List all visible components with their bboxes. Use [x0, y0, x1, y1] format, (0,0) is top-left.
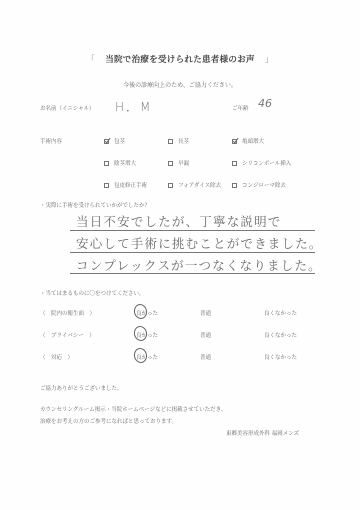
- option-label: コンジローマ除去: [242, 181, 286, 189]
- option-fordyce[interactable]: フォアダイス除去: [168, 181, 221, 189]
- page-title: 「当院で治療を受けられた患者様のお声」: [0, 53, 360, 65]
- option-label: フォアダイス除去: [178, 181, 221, 189]
- name-value: H．M: [115, 98, 152, 115]
- ruled-line: [70, 252, 315, 253]
- notice-line-2: 治療をお考えの方のご参考になればと思っております。: [40, 417, 177, 425]
- feedback-line-3: コンプレックスが一つなくなりました。: [76, 256, 322, 274]
- notice-line-1: カウンセリングルーム掲示・当院ホームページなどに掲載させていただき、: [40, 405, 226, 413]
- checkbox[interactable]: [232, 183, 237, 188]
- rating-good[interactable]: 良かった: [136, 331, 158, 339]
- option-label: 亀頭増大: [242, 137, 264, 145]
- option-houhi-shusei[interactable]: 包皮修正手術: [104, 181, 147, 189]
- rating-bad[interactable]: 良くなかった: [264, 309, 297, 317]
- option-condyloma[interactable]: コンジローマ除去: [232, 181, 286, 189]
- rating-category: （ プライバシー ）: [40, 331, 95, 339]
- title-open-bracket: 「: [86, 53, 95, 65]
- feedback-question: ・実際に手術を受けられていかがでしたか？: [40, 201, 150, 209]
- option-label: 包皮修正手術: [114, 181, 147, 189]
- option-label: 包茎: [114, 137, 125, 145]
- rating-good[interactable]: 良かった: [136, 353, 158, 361]
- rating-category: （ 院内の衛生面 ）: [40, 309, 95, 317]
- selected-circle: [133, 325, 149, 342]
- checkbox[interactable]: [168, 161, 173, 166]
- option-kitou-zoudai[interactable]: 亀頭増大: [232, 137, 264, 145]
- checkbox[interactable]: [232, 161, 237, 166]
- questionnaire-page: 「当院で治療を受けられた患者様のお声」 今後の診療向上のため、ご協力ください。 …: [0, 0, 360, 510]
- clinic-name: 東郷美容形成外科 福岡メンズ: [226, 429, 299, 437]
- rating-normal[interactable]: 普通: [200, 309, 211, 317]
- title-text: 当院で治療を受けられた患者様のお声: [105, 55, 255, 65]
- checkbox[interactable]: [168, 139, 173, 144]
- selected-circle: [133, 303, 149, 320]
- rating-bad[interactable]: 良くなかった: [264, 331, 297, 339]
- ruled-line: [70, 273, 315, 274]
- rating-category: （ 対応 ）: [40, 353, 73, 361]
- option-label: 長茎: [178, 137, 189, 145]
- option-label: 陰茎増大: [114, 159, 136, 167]
- procedure-label: 手術内容: [40, 137, 62, 145]
- checkbox-checked[interactable]: [104, 139, 109, 144]
- rating-normal[interactable]: 普通: [200, 331, 211, 339]
- option-houkei[interactable]: 包茎: [104, 137, 125, 145]
- rating-normal[interactable]: 普通: [200, 353, 211, 361]
- age-label: ご年齢: [232, 104, 249, 112]
- feedback-line-1: 当日不安でしたが、丁寧な説明で: [76, 212, 282, 230]
- checkbox[interactable]: [168, 183, 173, 188]
- page-subtitle: 今後の診療向上のため、ご協力ください。: [0, 80, 360, 89]
- thanks-text: ご協力ありがとうございました。: [40, 384, 123, 392]
- option-inkei-zoudai[interactable]: 陰茎増大: [104, 159, 136, 167]
- rating-good[interactable]: 良かった: [136, 309, 158, 317]
- rating-instruction: ・当てはまるものに〇をつけてください。: [40, 289, 145, 297]
- checkbox-checked[interactable]: [232, 139, 237, 144]
- option-label: シリコンボール挿入: [242, 159, 291, 167]
- ruled-line: [70, 230, 315, 231]
- feedback-line-2: 安心して手術に挑むことができました。: [76, 234, 323, 252]
- title-close-bracket: 」: [265, 53, 274, 65]
- age-value: 46: [258, 97, 272, 110]
- option-label: 早漏: [178, 159, 189, 167]
- checkbox[interactable]: [104, 183, 109, 188]
- option-choukei[interactable]: 長茎: [168, 137, 189, 145]
- option-silicone-ball[interactable]: シリコンボール挿入: [232, 159, 291, 167]
- checkbox[interactable]: [104, 161, 109, 166]
- selected-circle: [133, 347, 149, 364]
- name-label: お名前（イニシャル）: [40, 104, 95, 112]
- option-sourou[interactable]: 早漏: [168, 159, 189, 167]
- rating-bad[interactable]: 良くなかった: [264, 353, 297, 361]
